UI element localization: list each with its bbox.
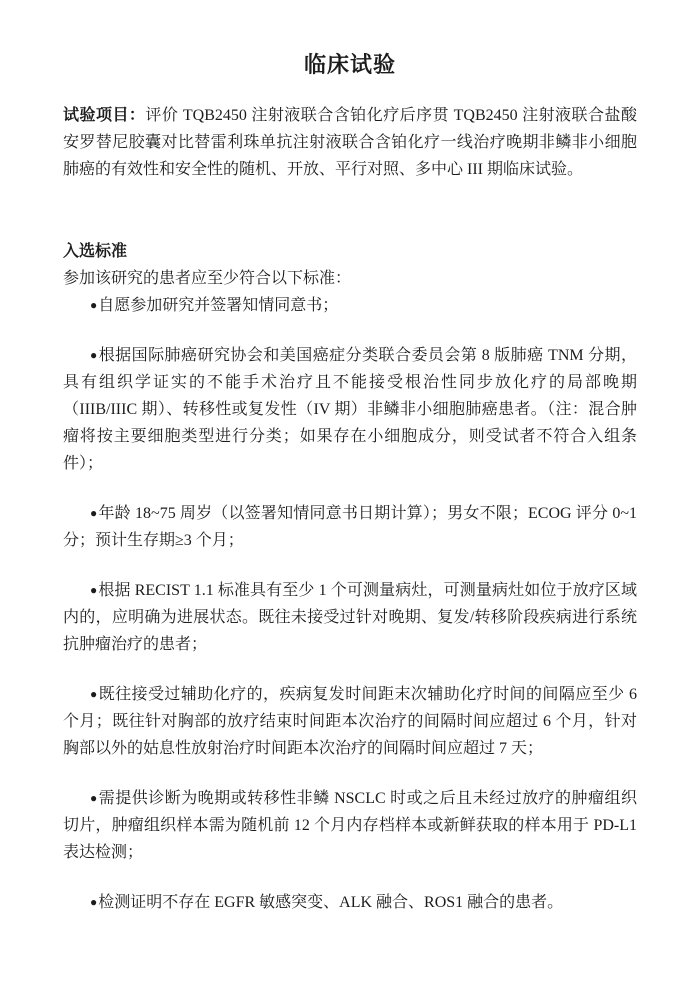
inclusion-item: ●需提供诊断为晚期或转移性非鳞 NSCLC 时或之后且未经过放疗的肿瘤组织切片，… <box>63 785 637 866</box>
inclusion-item-text: 自愿参加研究并签署知情同意书； <box>98 297 338 314</box>
document-page: 临床试验 试验项目：评价 TQB2450 注射液联合含铂化疗后序贯 TQB245… <box>0 0 700 990</box>
bullet-icon: ● <box>90 791 99 805</box>
inclusion-item-text: 根据国际肺癌研究协会和美国癌症分类联合委员会第 8 版肺癌 TNM 分期，具有组… <box>63 347 637 472</box>
bullet-icon: ● <box>90 348 99 362</box>
inclusion-item: ●根据 RECIST 1.1 标准具有至少 1 个可测量病灶，可测量病灶如位于放… <box>63 577 637 658</box>
bullet-icon: ● <box>90 895 98 909</box>
inclusion-item-text: 既往接受过辅助化疗的，疾病复发时间距末次辅助化疗时间的间隔应至少 6 个月；既往… <box>63 686 637 757</box>
inclusion-item: ●检测证明不存在 EGFR 敏感突变、ALK 融合、ROS1 融合的患者。 <box>63 889 637 916</box>
inclusion-item: ●根据国际肺癌研究协会和美国癌症分类联合委员会第 8 版肺癌 TNM 分期，具有… <box>63 342 637 477</box>
page-title: 临床试验 <box>63 50 637 80</box>
inclusion-criteria-heading: 入选标准 <box>63 238 637 265</box>
inclusion-criteria-lead: 参加该研究的患者应至少符合以下标准： <box>63 265 637 292</box>
inclusion-item-text: 根据 RECIST 1.1 标准具有至少 1 个可测量病灶，可测量病灶如位于放疗… <box>63 582 637 653</box>
inclusion-item-text: 年龄 18~75 周岁（以签署知情同意书日期计算）；男女不限；ECOG 评分 0… <box>63 505 637 549</box>
trial-project-paragraph: 试验项目：评价 TQB2450 注射液联合含铂化疗后序贯 TQB2450 注射液… <box>63 102 637 183</box>
inclusion-item-text: 需提供诊断为晚期或转移性非鳞 NSCLC 时或之后且未经过放疗的肿瘤组织切片，肿… <box>63 790 637 861</box>
bullet-icon: ● <box>90 298 98 312</box>
inclusion-item: ●自愿参加研究并签署知情同意书； <box>63 292 637 319</box>
trial-project-label: 试验项目： <box>63 107 145 124</box>
inclusion-item: ●既往接受过辅助化疗的，疾病复发时间距末次辅助化疗时间的间隔应至少 6 个月；既… <box>63 681 637 762</box>
inclusion-item: ●年龄 18~75 周岁（以签署知情同意书日期计算）；男女不限；ECOG 评分 … <box>63 500 637 554</box>
trial-project-text: 评价 TQB2450 注射液联合含铂化疗后序贯 TQB2450 注射液联合盐酸安… <box>63 107 637 178</box>
bullet-icon: ● <box>90 687 99 701</box>
inclusion-item-text: 检测证明不存在 EGFR 敏感突变、ALK 融合、ROS1 融合的患者。 <box>98 894 563 911</box>
